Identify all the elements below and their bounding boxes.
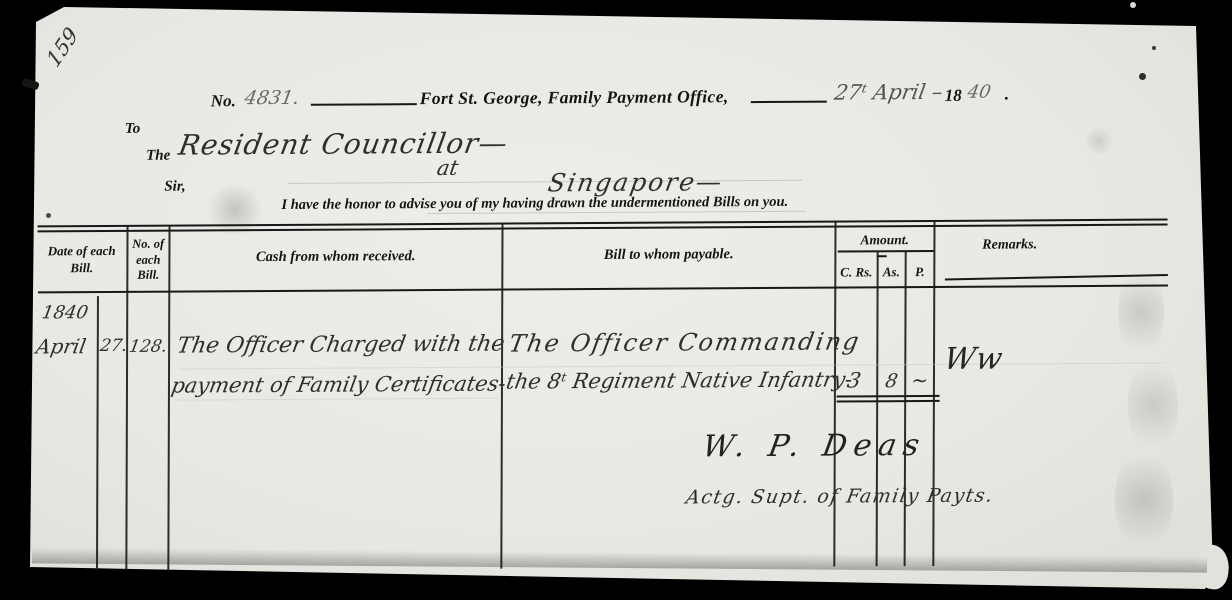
page-corner-number: 159 [42,23,82,72]
remarks-underline [945,274,1168,280]
row-cash-from-line2: payment of Family Certificates- [169,372,507,398]
col-header-p: P. [906,264,934,280]
row-day: 27. [99,336,129,356]
the-label: The [146,148,170,165]
header-period: . [1005,83,1010,104]
amount-total-rule-1 [837,395,940,398]
no-value-handwritten: 4831. [243,87,301,109]
col-header-crs: C. Rs. [836,264,877,280]
advice-line: I have the honor to advise you of my hav… [281,194,788,214]
to-label: To [125,121,140,138]
signature-name: W. P. Deas [700,428,929,464]
col-header-remarks: Remarks. [930,237,1090,254]
recipient-handwritten: Resident Councillor— [176,127,510,162]
row-payable-line1: The Officer Commanding [507,327,863,357]
signature-title: Actg. Supt. of Family Payts. [684,485,995,509]
amount-total-rule-2 [837,400,940,403]
col-header-date: Date of each Bill. [40,243,124,277]
col-header-cash: Cash from whom received. [170,248,502,267]
column-divider-as-p [904,251,907,566]
no-label: No. [211,91,236,111]
amount-header-underline [838,250,934,252]
year-printed: 18 [945,86,962,106]
date-handwritten: 27ᵗ April – [833,80,945,105]
row-payable-line2: the 8ᵗ Regiment Native Infantry- [504,367,854,393]
row-remarks-initials: Ww [941,342,1005,377]
form-rule-faint [287,180,802,184]
at-handwritten: at [435,156,460,180]
column-divider-crs-as [876,251,879,566]
document-content: 159 No. 4831. Fort St. George, Family Pa… [0,0,1232,600]
header-rule [751,101,827,103]
header-rule [311,103,417,106]
office-title: Fort St. George, Family Payment Office, [420,86,729,109]
row-baseline-faint [179,398,499,401]
place-handwritten: Singapore— [546,167,726,197]
col-header-payable: Bill to whom payable. [503,246,835,265]
row-amount-p: ~ [909,368,930,392]
column-divider-date-inner [96,296,99,570]
table-header-bottom-rule [38,285,1168,294]
col-header-amount: Amount. [836,232,934,249]
row-month: April [34,334,88,358]
col-header-as: As. [878,264,905,280]
row-amount-as: 8 [884,370,900,392]
row-bill-number: 128. [128,337,169,357]
sir-label: Sir, [164,179,185,196]
row-year: 1840 [40,302,89,323]
col-header-no: No. of each Bill. [129,237,168,284]
row-amount-crs: 3 [845,368,862,392]
scanned-photo-background: 159 No. 4831. Fort St. George, Family Pa… [0,0,1232,600]
row-cash-from-line1: The Officer Charged with the [175,332,506,359]
year-handwritten: 40 [966,82,992,103]
